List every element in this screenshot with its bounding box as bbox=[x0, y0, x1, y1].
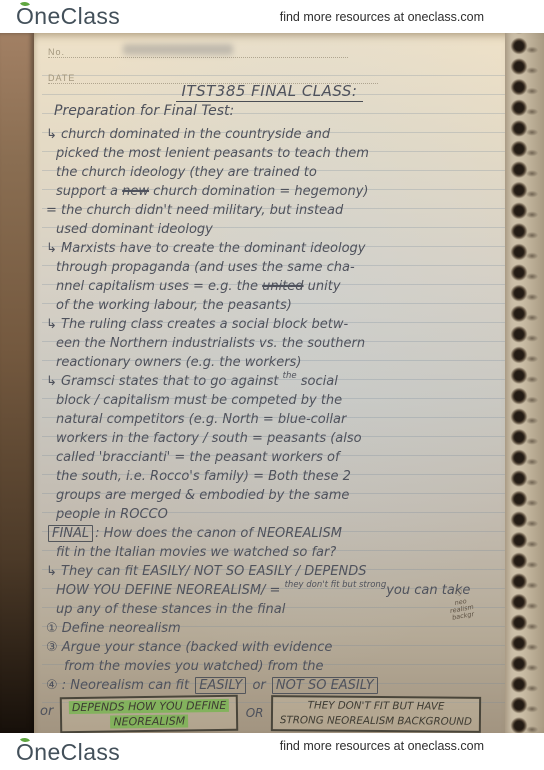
handwriting-text: HOW YOU DEFINE NEOREALISM/ = bbox=[56, 583, 285, 598]
note-line: the church ideology (they are trained to bbox=[46, 163, 516, 182]
handwriting-text: block / capitalism must be competed by t… bbox=[56, 393, 342, 408]
handwriting-text: ④ : Neorealism can fit bbox=[46, 678, 193, 693]
handwriting-box: NOT SO EASILY bbox=[272, 677, 378, 694]
note-line: called 'braccianti' = the peasant worker… bbox=[46, 448, 516, 467]
note-line: ① Define neorealism bbox=[46, 619, 516, 638]
note-line: ↳ They can fit EASILY/ NOT SO EASILY / D… bbox=[46, 562, 516, 581]
handwriting-text: ③ Argue your stance (backed with evidenc… bbox=[46, 640, 332, 655]
note-line: block / capitalism must be competed by t… bbox=[46, 391, 516, 410]
note-line: ↳ Marxists have to create the dominant i… bbox=[46, 239, 516, 258]
handwriting-text: een the Northern industrialists vs. the … bbox=[56, 336, 365, 351]
handwriting-text: natural competitors (e.g. North = blue-c… bbox=[56, 412, 346, 427]
note-line: natural competitors (e.g. North = blue-c… bbox=[46, 410, 516, 429]
note-line: ↳ The ruling class creates a social bloc… bbox=[46, 315, 516, 334]
note-line: through propaganda (and uses the same ch… bbox=[46, 258, 516, 277]
handwriting-text: reactionary owners (e.g. the workers) bbox=[56, 355, 301, 370]
or-left: or bbox=[40, 696, 53, 719]
note-line: picked the most lenient peasants to teac… bbox=[46, 144, 516, 163]
handwriting-text: nnel capitalism uses = e.g. the bbox=[56, 279, 262, 294]
handwriting-box: FINAL bbox=[48, 525, 93, 542]
handwriting-text: people in ROCCO bbox=[56, 507, 168, 522]
handwriting-text: through propaganda (and uses the same ch… bbox=[56, 260, 355, 275]
note-line: fit in the Italian movies we watched so … bbox=[46, 543, 516, 562]
handwriting-text: fit in the Italian movies we watched so … bbox=[56, 545, 336, 560]
handwriting-box: EASILY bbox=[195, 677, 246, 694]
note-line: ↳ church dominated in the countryside an… bbox=[46, 125, 516, 144]
note-line: ③ Argue your stance (backed with evidenc… bbox=[46, 638, 516, 657]
note-line: the south, i.e. Rocco's family) = Both t… bbox=[46, 467, 516, 486]
handwriting-text: used dominant ideology bbox=[56, 222, 213, 237]
note-line: from the movies you watched) from the bbox=[46, 657, 516, 676]
handwriting-text: : How does the canon of NEOREALISM bbox=[95, 526, 342, 541]
header-tagline: find more resources at oneclass.com bbox=[280, 10, 484, 24]
option-text: STRONG NEOREALISM BACKGROUND bbox=[279, 713, 471, 730]
note-line: groups are merged & embodied by the same bbox=[46, 486, 516, 505]
handwriting-text: ↳ church dominated in the countryside an… bbox=[46, 127, 330, 142]
handwriting-text: the south, i.e. Rocco's family) = Both t… bbox=[56, 469, 351, 484]
note-line: up any of these stances in the final bbox=[46, 600, 516, 619]
option-text: THEY DON'T FIT BUT HAVE bbox=[280, 698, 472, 715]
handwriting-text: ↳ The ruling class creates a social bloc… bbox=[46, 317, 348, 332]
notebook-photo: No. DATE ITST385 FINAL CLASS: Preparatio… bbox=[0, 33, 544, 733]
handwriting-text: church domination = hegemony) bbox=[149, 184, 368, 199]
note-line: = the church didn't need military, but i… bbox=[46, 201, 516, 220]
note-title-row: ITST385 FINAL CLASS: bbox=[34, 81, 505, 102]
handwriting-sup: they don't fit but strong bbox=[285, 580, 387, 590]
handwriting-text: up any of these stances in the final bbox=[56, 602, 285, 617]
note-line: nnel capitalism uses = e.g. the united u… bbox=[46, 277, 516, 296]
handwriting-sup: the bbox=[283, 371, 297, 381]
handwriting-text: ↳ They can fit EASILY/ NOT SO EASILY / D… bbox=[46, 564, 366, 579]
footer-tagline: find more resources at oneclass.com bbox=[280, 739, 484, 753]
highlighted-text: NEOREALISM bbox=[111, 714, 189, 728]
note-lines: ↳ church dominated in the countryside an… bbox=[46, 125, 516, 695]
note-line: ↳ Gramsci states that to go against the … bbox=[46, 372, 516, 391]
handwriting-text: the church ideology (they are trained to bbox=[56, 165, 317, 180]
footer: OneClass find more resources at oneclass… bbox=[0, 733, 544, 770]
note-subtitle: Preparation for Final Test: bbox=[54, 103, 234, 119]
notebook-paper: No. DATE ITST385 FINAL CLASS: Preparatio… bbox=[34, 33, 505, 733]
note-line: of the working labour, the peasants) bbox=[46, 296, 516, 315]
note-line: used dominant ideology bbox=[46, 220, 516, 239]
option-box-background: THEY DON'T FIT BUT HAVE STRONG NEOREALIS… bbox=[270, 695, 480, 733]
handwriting-text: picked the most lenient peasants to teac… bbox=[56, 146, 369, 161]
handwriting-text: called 'braccianti' = the peasant worker… bbox=[56, 450, 340, 465]
note-title: ITST385 FINAL CLASS: bbox=[176, 82, 364, 102]
header: OneClass find more resources at oneclass… bbox=[0, 0, 544, 33]
note-line: support a new church domination = hegemo… bbox=[46, 182, 516, 201]
handwriting-text: ① Define neorealism bbox=[46, 621, 181, 636]
table-edge bbox=[0, 33, 34, 733]
handwriting-text: workers in the factory / south = peasant… bbox=[56, 431, 362, 446]
no-field: No. bbox=[48, 42, 348, 58]
redacted-text bbox=[123, 44, 233, 55]
handwriting-text: ↳ Marxists have to create the dominant i… bbox=[46, 241, 365, 256]
note-line: een the Northern industrialists vs. the … bbox=[46, 334, 516, 353]
handwriting-text: or bbox=[248, 678, 270, 693]
note-line: workers in the factory / south = peasant… bbox=[46, 429, 516, 448]
note-line: ④ : Neorealism can fit EASILY or NOT SO … bbox=[46, 676, 516, 695]
handwriting-text: = the church didn't need military, but i… bbox=[46, 203, 343, 218]
note-line: people in ROCCO bbox=[46, 505, 516, 524]
highlighted-text: DEPENDS HOW YOU DEFINE bbox=[69, 699, 230, 714]
handwriting-text: ↳ Gramsci states that to go against bbox=[46, 374, 283, 389]
logo-text: OneClass bbox=[16, 739, 120, 765]
handwriting-text: of the working labour, the peasants) bbox=[56, 298, 292, 313]
note-line: FINAL: How does the canon of NEOREALISM bbox=[46, 524, 516, 543]
note-line: reactionary owners (e.g. the workers) bbox=[46, 353, 516, 372]
handwriting-text: support a bbox=[56, 184, 122, 199]
logo-text: OneClass bbox=[16, 3, 120, 29]
option-box-depends: DEPENDS HOW YOU DEFINE NEOREALISM bbox=[60, 695, 239, 733]
oneclass-logo[interactable]: OneClass bbox=[16, 3, 120, 30]
handwriting-text: groups are merged & embodied by the same bbox=[56, 488, 349, 503]
spiral-binding bbox=[505, 33, 544, 733]
handwriting-text: from the movies you watched) from the bbox=[64, 659, 324, 674]
handwriting-strike: new bbox=[122, 184, 149, 199]
no-label: No. bbox=[48, 47, 65, 57]
or-mid: OR bbox=[246, 696, 264, 720]
handwriting-strike: united bbox=[262, 279, 303, 294]
handwriting-text: social bbox=[297, 374, 338, 389]
handwriting-text: unity bbox=[304, 279, 341, 294]
oneclass-logo-footer[interactable]: OneClass bbox=[16, 739, 120, 766]
final-options-row: or DEPENDS HOW YOU DEFINE NEOREALISM OR … bbox=[40, 696, 544, 732]
